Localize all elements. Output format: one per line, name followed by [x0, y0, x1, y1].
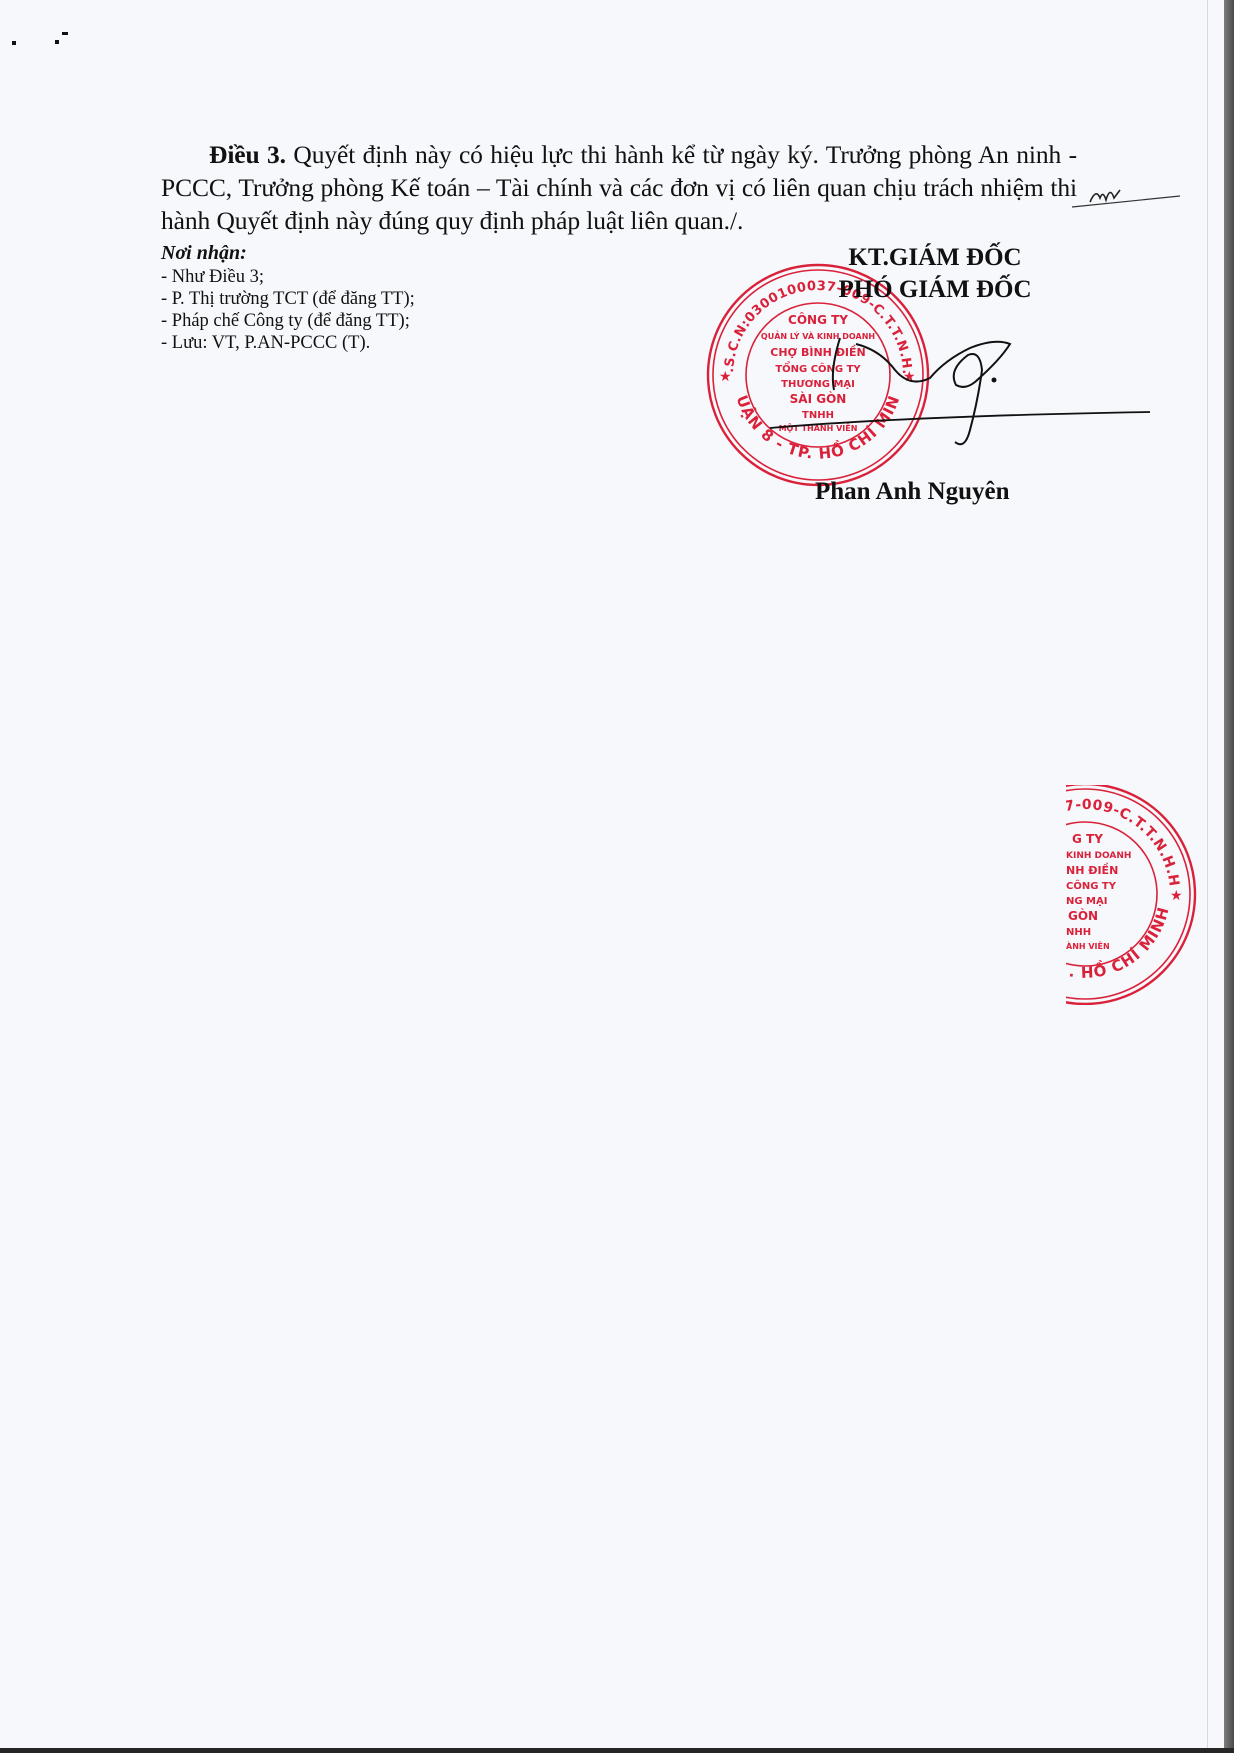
recipient-item: - P. Thị trường TCT (để đăng TT); [161, 288, 415, 310]
page-fold-line [1207, 0, 1208, 1753]
recipient-item: - Pháp chế Công ty (để đăng TT); [161, 310, 415, 332]
article-label: Điều 3. [209, 140, 286, 169]
article-text: Quyết định này có hiệu lực thi hành kể t… [161, 140, 1077, 235]
recipients-block: Nơi nhận: - Như Điều 3; - P. Thị trường … [161, 242, 415, 354]
recipients-title: Nơi nhận: [161, 242, 415, 264]
scan-artifact-dots [12, 30, 72, 50]
signer-name: Phan Anh Nguyên [815, 478, 1010, 506]
svg-text:ÀNH VIÊN: ÀNH VIÊN [1066, 940, 1110, 951]
recipient-item: - Như Điều 3; [161, 266, 415, 288]
recipient-item: - Lưu: VT, P.AN-PCCC (T). [161, 332, 415, 354]
svg-text:NHH: NHH [1066, 927, 1091, 938]
svg-text:KINH DOANH: KINH DOANH [1066, 851, 1131, 861]
svg-text:NG MẠI: NG MẠI [1066, 896, 1107, 907]
svg-text:★: ★ [1170, 888, 1183, 904]
initial-mark-icon [1070, 180, 1180, 210]
svg-text:NH ĐIỀN: NH ĐIỀN [1066, 863, 1118, 877]
handwritten-signature-icon [770, 330, 1150, 450]
svg-text:CÔNG TY: CÔNG TY [788, 312, 848, 327]
page-edge-bottom [0, 1748, 1234, 1753]
partial-seal-margin: 7-009-C.T.T.N.H.H . HỒ CHÍ MINH ★ G TY K… [1066, 785, 1198, 1005]
article-3-paragraph: Điều 3. Quyết định này có hiệu lực thi h… [161, 138, 1077, 237]
page-edge-right [1224, 0, 1234, 1753]
svg-text:G TY: G TY [1072, 832, 1103, 846]
svg-text:CÔNG TY: CÔNG TY [1066, 879, 1117, 892]
svg-text:GÒN: GÒN [1068, 908, 1098, 923]
partial-seal-icon: 7-009-C.T.T.N.H.H . HỒ CHÍ MINH ★ G TY K… [1066, 785, 1198, 1005]
svg-text:★: ★ [719, 369, 732, 385]
